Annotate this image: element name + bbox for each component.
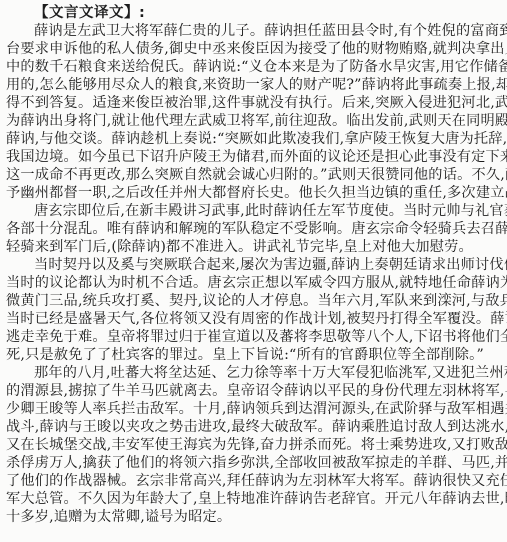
text-line: 少卿王晙等人率兵拦击敌军。十月,薛讷领兵到达渭河源头,在武阶驿与敌军相遇并展开 [6,400,503,418]
text-line: 十多岁,追赠为太常卿,谥号为昭定。 [6,508,503,526]
text-line: 逃走幸免于难。皇帝将罪过归于崔宣道以及蕃将李思敬等八个人,下诏书将他们全部处 [6,328,503,346]
text-line: 我国边境。如今虽已下诏升庐陵王为储君,而外面的议论还是担心此事没有定下来。如果 [6,148,503,166]
text-line: 微黄门三品,统兵攻打奚、契丹,议论的人才停息。当年六月,军队来到滦河,与敌兵相遇… [6,292,503,310]
text-line: 当时契丹以及奚与突厥联合起来,屡次为害边疆,薛讷上奏朝廷请求出师讨伐他们。 [6,256,503,274]
document-page: 【文言文译文】: 薛讷是左武卫大将军薛仁贵的儿子。薛讷担任蓝田县令时,有个姓倪的… [0,0,507,542]
translation-body: 薛讷是左武卫大将军薛仁贵的儿子。薛讷担任蓝田县令时,有个姓倪的富商到御史台要求申… [6,22,503,526]
text-line: 那年的八月,吐蕃大将坌达延、乞力徐等率十万大军侵犯临洮军,又进犯兰州和渭州 [6,364,503,382]
section-heading: 【文言文译文】: [34,4,145,22]
text-line: 又在长城堡交战,丰安军使王海宾为先锋,奋力拼杀而死。将士乘势进攻,又打败敌军,斩 [6,436,503,454]
text-line: 杀俘虏万人,擒获了他们的将领六指乡弥洪,全部收回被敌军掠走的羊群、马匹,并缴获 [6,454,503,472]
text-line: 唐玄宗即位后,在新丰殿讲习武事,此时薛讷任左军节度使。当时元帅与礼官获罪, [6,202,503,220]
text-line: 得不到答复。适逢来俊臣被治罪,这件事就没有执行。后来,突厥入侵进犯河北,武则天认 [6,94,503,112]
text-line: 薛讷,与他交谈。薛讷趁机上奏说:“突厥如此欺凌我们,拿庐陵王恢复大唐为托辞,骚扰 [6,130,503,148]
text-line: 予幽州都督一职,之后改任并州大都督府长史。他长久担当边镇的重任,多次建立战功。 [6,184,503,202]
text-line: 当时的议论都认为时机不合适。唐玄宗正想以军威令四方服从,就特地任命薛讷为同紫 [6,274,503,292]
text-line: 各部十分混乱。唯有薛讷和解琬的军队稳定不受影响。唐玄宗命令轻骑兵去召薛讷等人, [6,220,503,238]
text-line: 当时已经是盛暑天气,各位将领又没有周密的作战计划,被契丹打得全军覆没。薛讷脱身 [6,310,503,328]
text-line: 了他们的作战器械。玄宗非常高兴,拜任薛讷为左羽林军大将军。薛讷很快又充任凉州镇 [6,472,503,490]
text-line: 中的数千石粮食来送给倪氏。薛讷说:“义仓本来是为了防备水旱灾害,用它作储备救济 [6,58,503,76]
text-line: 用的,怎么能够用尽众人的粮食,来资助一家人的财产呢?”薛讷将此事疏奏上报,却始终 [6,76,503,94]
text-line: 轻骑来到军门后,(除薛讷)都不准进入。讲武礼节完毕,皇上对他大加慰劳。 [6,238,503,256]
text-line: 薛讷是左武卫大将军薛仁贵的儿子。薛讷担任蓝田县令时,有个姓倪的富商到御史 [6,22,503,40]
text-line: 这一成命不再更改,那么突厥自然就会诚心归附的。”武则天很赞同他的话。不久,薛讷被… [6,166,503,184]
text-line: 死,只是赦免了了杜宾客的罪过。皇上下旨说:“所有的官爵职位等全部削除。” [6,346,503,364]
text-line: 战斗,薛讷与王晙以夹攻之势击进攻,最终大破敌军。薛讷乘胜追讨敌人到达洮水,双方 [6,418,503,436]
text-line: 的渭源县,掳掠了牛羊马匹就离去。皇帝诏令薛讷以平民的身份代理左羽林将军,与太仆 [6,382,503,400]
text-line: 军大总管。不久因为年龄大了,皇上特地准许薛讷告老辞官。开元八年薛讷去世,时年七 [6,490,503,508]
text-line: 台要求申诉他的私人债务,御史中丞来俊臣因为接受了他的财物贿赂,就判决拿出义仓 [6,40,503,58]
text-line: 为薛讷出身将门,就让他代理左武威卫将军,前往迎敌。临出发前,武则天在同明殿召见 [6,112,503,130]
